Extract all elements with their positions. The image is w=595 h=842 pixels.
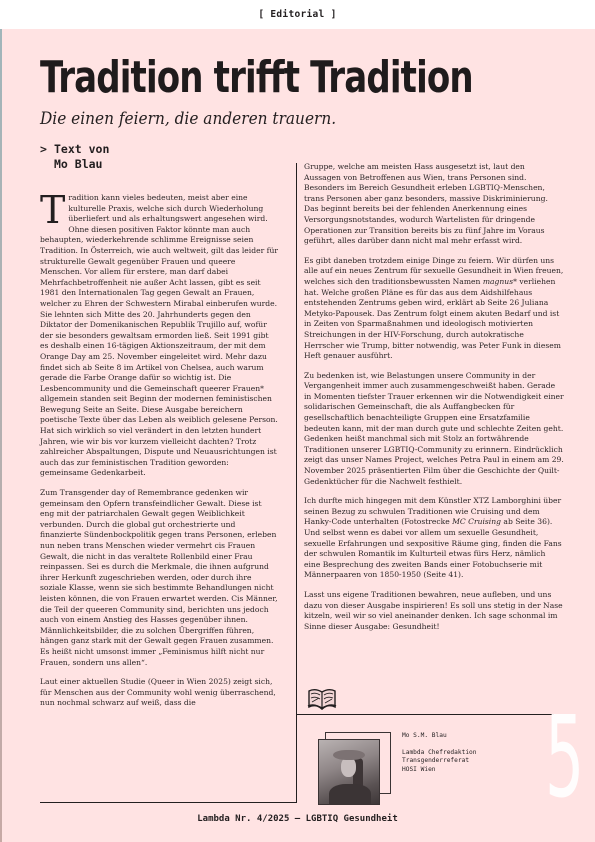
- drop-cap: T: [40, 195, 65, 225]
- byline: >Text von Mo Blau: [40, 142, 109, 172]
- byline-arrow-icon: >: [40, 142, 54, 157]
- article-column-right: Gruppe, welche am meisten Hass ausgesetz…: [304, 162, 564, 641]
- column-divider: [296, 163, 297, 803]
- article-title: Tradition trifft Tradition: [40, 52, 473, 104]
- paragraph: Ich durfte mich hingegen mit dem Künstle…: [304, 496, 564, 581]
- paragraph: Lasst uns eigene Traditionen bewahren, n…: [304, 590, 564, 632]
- paragraph: Es gibt daneben trotzdem einige Dinge zu…: [304, 256, 564, 362]
- author-role: Transgenderreferat: [402, 757, 477, 766]
- paragraph: Zu bedenken ist, wie Belastungen unsere …: [304, 371, 564, 488]
- paragraph: Tradition kann vieles bedeuten, meist ab…: [40, 193, 278, 479]
- section-header: [ Editorial ]: [0, 0, 595, 29]
- paragraph: Zum Transgender day of Remembrance geden…: [40, 488, 278, 668]
- paragraph: Laut einer aktuellen Studie (Queer in Wi…: [40, 677, 278, 709]
- open-book-icon: [307, 686, 337, 710]
- article-subtitle: Die einen feiern, die anderen trauern.: [40, 108, 336, 130]
- author-section-rule: [296, 714, 554, 715]
- author-role: HOSI Wien: [402, 766, 477, 775]
- paragraph: Gruppe, welche am meisten Hass ausgesetz…: [304, 162, 564, 247]
- page-number: 5: [545, 688, 584, 828]
- author-name: Mo S.M. Blau: [402, 732, 477, 741]
- article-column-left: Tradition kann vieles bedeuten, meist ab…: [40, 193, 278, 718]
- byline-line1: Text von: [54, 142, 109, 156]
- left-column-bottom-rule: [40, 802, 297, 803]
- author-portrait: [318, 739, 380, 805]
- section-tag: [ Editorial ]: [258, 9, 336, 20]
- page-edge-strip: [0, 0, 2, 842]
- author-info: Mo S.M. Blau Lambda Chefredaktion Transg…: [402, 732, 477, 774]
- page-footer: Lambda Nr. 4/2025 – LGBTIQ Gesundheit: [0, 814, 595, 824]
- author-role: Lambda Chefredaktion: [402, 749, 477, 758]
- byline-author: Mo Blau: [40, 157, 109, 172]
